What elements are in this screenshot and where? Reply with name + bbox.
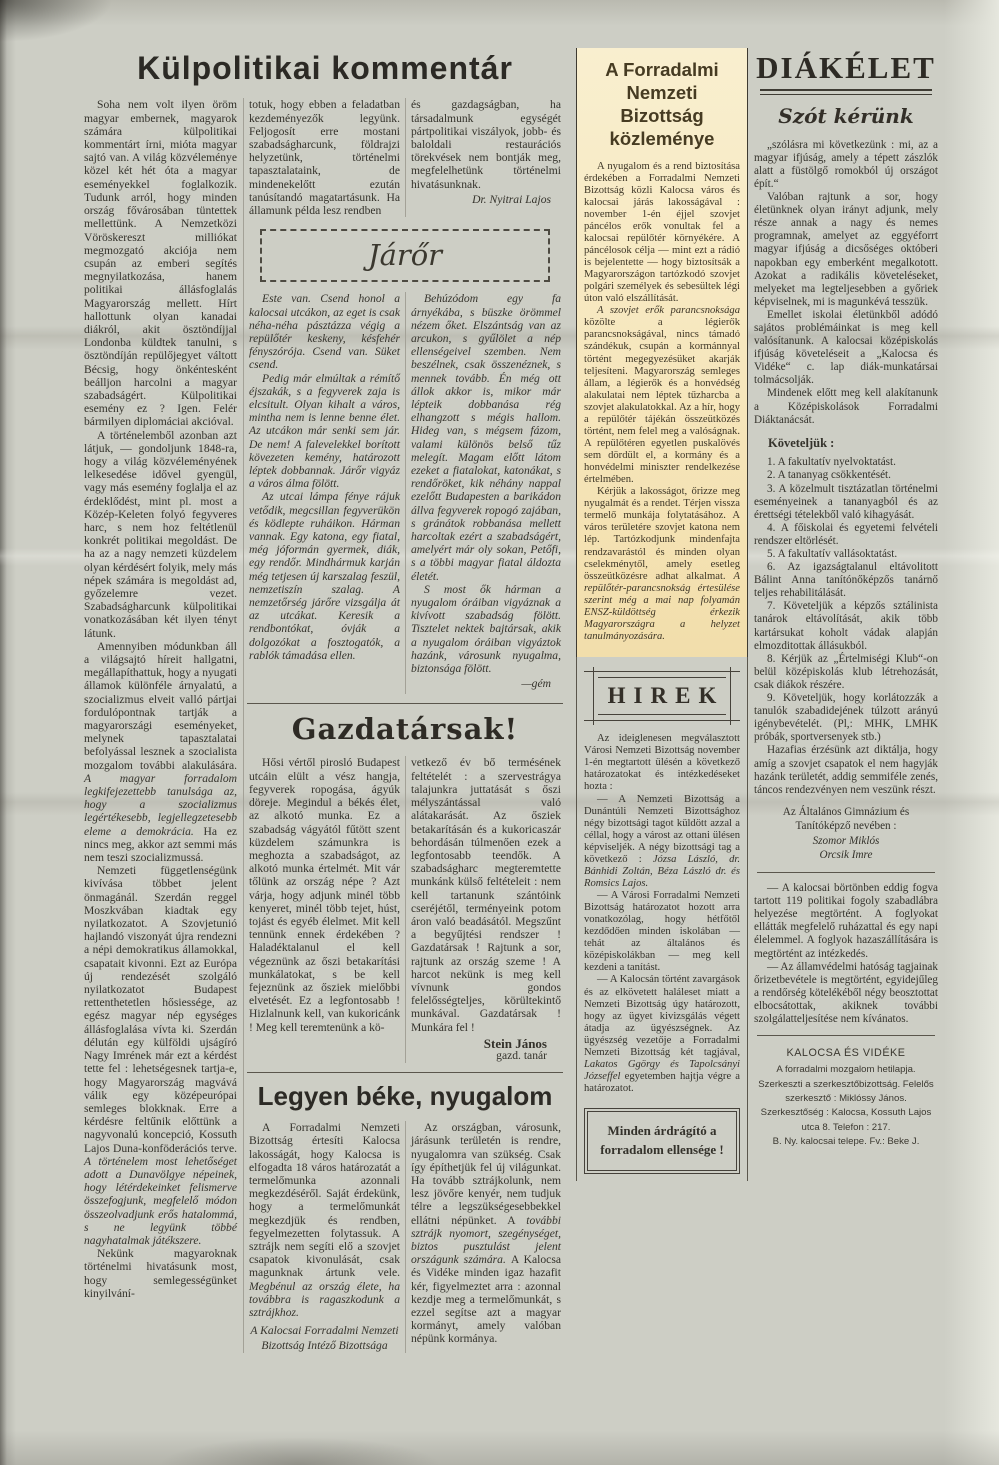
paragraph: Az országban, városunk, járásunk terület… (411, 1121, 561, 1345)
imprint-title: KALOCSA ÉS VIDÉKE (754, 1045, 938, 1061)
imprint-block: KALOCSA ÉS VIDÉKE A forradalmi mozgalom … (754, 1045, 938, 1150)
section-divider (757, 1035, 935, 1036)
paragraph: Behúzódom egy fa árnyékába, s büszke örö… (411, 292, 561, 582)
paragraph: Hazafias érzésünk azt diktálja, hogy amí… (754, 744, 938, 796)
paragraph: A Forradalmi Nemzeti Bizottság értesíti … (249, 1121, 400, 1319)
paragraph: Hősi vértől pirosló Budapest utcáin elül… (249, 756, 400, 1033)
author-signature: Stein János gazd. tanár (411, 1037, 561, 1063)
author-signature: Dr. Nyitrai Lajos (411, 193, 561, 206)
hirek-title-box: HIREK (584, 671, 740, 721)
subhead-koveteljuk: Követeljük : (754, 436, 938, 451)
imprint-line: B. Ny. kalocsai telepe. Fv.: Beke J. (754, 1135, 938, 1149)
imprint-line: A forradalmi mozgalom hetilapja. Szerkes… (754, 1063, 938, 1135)
kulpolitikai-column-3: és gazdagságban, ha társadalmunk egységé… (405, 98, 566, 217)
gazdatarsak-column-right: vetkező év bő termésének feltételét : a … (405, 756, 566, 1062)
beke-column-right: Az országban, városunk, járásunk terület… (405, 1121, 566, 1353)
headline-jaror: Járőr (368, 238, 442, 272)
demand-item: 1. A fakultatív nyelvoktatást. (754, 456, 938, 469)
committee-signature: A Kalocsai Forradalmi Nemzeti Bizottság … (249, 1324, 400, 1353)
paragraph: — Az államvédelmi hatóság tagjainak őriz… (754, 961, 938, 1026)
section-divider (757, 872, 935, 873)
hirek-section: HIREK Az ideiglenesen megválasztott Váro… (576, 657, 748, 1181)
jaror-title-box: Járőr (260, 229, 550, 282)
author-signature: —gém (411, 677, 561, 690)
paragraph: Nemzeti függetlenségünk kivívása többet … (84, 864, 237, 1247)
demand-item: 8. Kérjük az „Értelmiségi Klub“-on belül… (754, 653, 938, 692)
paragraph: „szólásra mi következünk : mi, az a magy… (754, 139, 938, 191)
headline-gazdatarsak: Gazdatársak! (244, 713, 566, 746)
paragraph: Valóban rajtunk a sor, hogy életünknek o… (754, 191, 938, 309)
jaror-article: Este van. Csend honol a kalocsai utcákon… (244, 292, 566, 694)
diakelet-column: DIÁKÉLET Szót kérünk „szólásra mi követk… (754, 50, 938, 1150)
paragraph: Soha nem volt ilyen öröm magyar embernek… (84, 98, 237, 428)
gazdatarsak-article: Hősi vértől pirosló Budapest utcáin elül… (244, 756, 566, 1062)
paragraph: totuk, hogy ebben a feladatban kezdemény… (249, 98, 400, 217)
center-column: A Forradalmi Nemzeti Bizottság közlemény… (576, 48, 748, 1181)
headline-legyen-beke: Legyen béke, nyugalom (244, 1082, 566, 1112)
paragraph: Az ideiglenesen megválasztott Városi Nem… (584, 733, 740, 793)
paragraph: Emellet iskolai életünkből adódó sajátos… (754, 309, 938, 388)
paragraph: Kérjük a lakosságot, őrizze meg nyugalmá… (584, 486, 740, 643)
section-divider (247, 1072, 563, 1073)
headline-kulpolitikai: Külpolitikai kommentár (84, 50, 566, 86)
paragraph: — A Nemzeti Bizottság a Dunántúli Nemzet… (584, 794, 740, 891)
newspaper-page: Külpolitikai kommentár Soha nem volt ily… (0, 0, 999, 1465)
gazdatarsak-column-left: Hősi vértől pirosló Budapest utcáin elül… (244, 756, 405, 1062)
jaror-column-left: Este van. Csend honol a kalocsai utcákon… (244, 292, 405, 694)
paragraph: és gazdagságban, ha társadalmunk egységé… (411, 98, 561, 190)
paragraph: A nyugalom és a rend biztosítása érdekéb… (584, 161, 740, 306)
kulpolitikai-column-1: Soha nem volt ilyen öröm magyar embernek… (84, 98, 244, 1353)
paragraph: — A Városi Forradalmi Nemzeti Bizottság … (584, 890, 740, 974)
section-divider (247, 703, 563, 704)
demand-item: 7. Követeljük a képzős sztálinista tanár… (754, 600, 938, 652)
paragraph: Az utcai lámpa fénye rájuk vetődik, megc… (249, 490, 400, 662)
beke-article: A Forradalmi Nemzeti Bizottság értesíti … (244, 1121, 566, 1353)
demand-item: 2. A tananyag csökkentését. (754, 469, 938, 482)
paragraph: A történelemből azonban azt látjuk, — go… (84, 429, 237, 640)
beke-column-left: A Forradalmi Nemzeti Bizottság értesíti … (244, 1121, 405, 1353)
notice-box: Minden árdrágító a forradalom ellensége … (587, 1111, 737, 1171)
paragraph: Pedig már elmúltak a rémítő éjszakák, s … (249, 372, 400, 491)
paragraph: — A Kalocsán történt zavargások és az el… (584, 974, 740, 1095)
paragraph: A szovjet erők parancsnoksága közölte a … (584, 305, 740, 486)
paragraph: Amennyiben módunkban áll a világsajtó hí… (84, 640, 237, 864)
paragraph: — A kalocsai börtönben eddig fogva tarto… (754, 882, 938, 961)
kulpolitikai-column-2: totuk, hogy ebben a feladatban kezdemény… (244, 98, 405, 217)
left-section: Külpolitikai kommentár Soha nem volt ily… (84, 50, 566, 1353)
headline-kozlemeny: A Forradalmi Nemzeti Bizottság közlemény… (584, 58, 740, 151)
paragraph: Este van. Csend honol a kalocsai utcákon… (249, 292, 400, 371)
paragraph: vetkező év bő termésének feltételét : a … (411, 756, 561, 1033)
demand-item: 6. Az igazságtalanul eltávolitott Bálint… (754, 561, 938, 600)
kulpolitikai-columns-2-3: totuk, hogy ebben a feladatban kezdemény… (244, 98, 566, 1353)
headline-diakelet: DIÁKÉLET (754, 50, 938, 86)
paragraph: Mindenek előtt meg kell alakítanunk a Kö… (754, 387, 938, 426)
jaror-column-right: Behúzódom egy fa árnyékába, s büszke örö… (405, 292, 566, 694)
kozlemeny-highlighted-article: A Forradalmi Nemzeti Bizottság közlemény… (576, 48, 748, 657)
subhead-szot-kerunk: Szót kérünk (754, 105, 938, 128)
demand-item: 4. A főiskolai és egyetemi felvételi ren… (754, 522, 938, 548)
demand-item: 9. Követeljük, hogy korlátozzák a tanuló… (754, 692, 938, 744)
signature-block: Az Általános Gimnázium és Tanítóképző ne… (754, 805, 938, 863)
demand-item: 3. A közelmult tisztázatlan történelmi e… (754, 483, 938, 522)
double-rule (760, 89, 932, 95)
paragraph: Nekünk magyaroknak történelmi hivatásunk… (84, 1247, 237, 1300)
paragraph: S most ők hárman a nyugalom óráiban vigy… (411, 583, 561, 675)
demand-item: 5. A fakultatív vallásoktatást. (754, 548, 938, 561)
headline-hirek: HIREK (598, 677, 726, 715)
